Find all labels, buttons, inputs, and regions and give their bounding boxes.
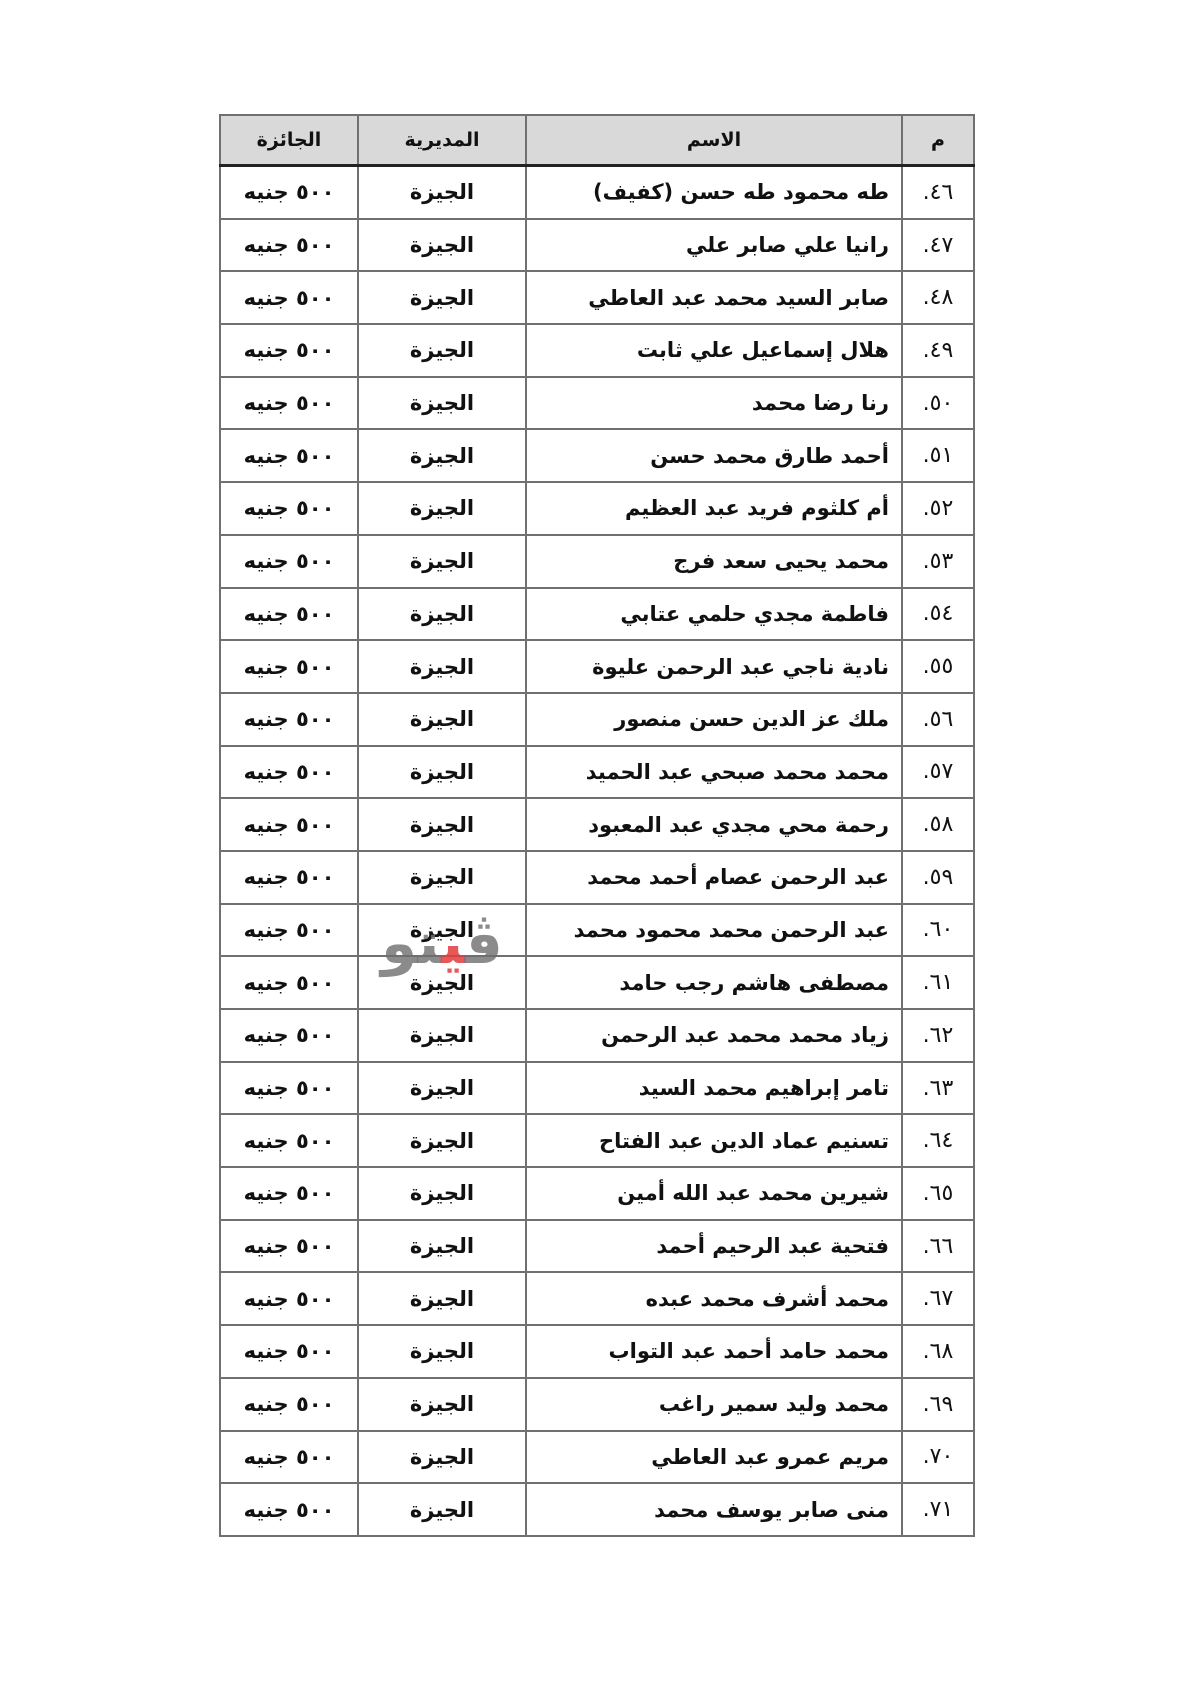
- table-row: ٥٠.رنا رضا محمدالجيزة٥٠٠ جنيه: [220, 377, 974, 430]
- row-index: ٥٩.: [902, 851, 974, 904]
- row-name: فتحية عبد الرحيم أحمد: [526, 1220, 902, 1273]
- row-directorate: الجيزة: [358, 1167, 526, 1220]
- row-directorate: الجيزة: [358, 904, 526, 957]
- table-row: ٥٢.أم كلثوم فريد عبد العظيمالجيزة٥٠٠ جني…: [220, 482, 974, 535]
- row-index: ٥٧.: [902, 746, 974, 799]
- row-index: ٥٨.: [902, 798, 974, 851]
- table-row: ٧١.منى صابر يوسف محمدالجيزة٥٠٠ جنيه: [220, 1483, 974, 1536]
- row-directorate: الجيزة: [358, 640, 526, 693]
- row-name: محمد يحيى سعد فرج: [526, 535, 902, 588]
- row-directorate: الجيزة: [358, 746, 526, 799]
- table-row: ٦٩.محمد وليد سمير راغبالجيزة٥٠٠ جنيه: [220, 1378, 974, 1431]
- row-prize: ٥٠٠ جنيه: [220, 482, 358, 535]
- row-index: ٦٢.: [902, 1009, 974, 1062]
- table-row: ٥٦.ملك عز الدين حسن منصورالجيزة٥٠٠ جنيه: [220, 693, 974, 746]
- row-prize: ٥٠٠ جنيه: [220, 904, 358, 957]
- row-name: عبد الرحمن عصام أحمد محمد: [526, 851, 902, 904]
- table-row: ٤٨.صابر السيد محمد عبد العاطيالجيزة٥٠٠ ج…: [220, 271, 974, 324]
- document-page: م الاسم المديرية الجائزة ٤٦.طه محمود طه …: [0, 0, 1191, 1685]
- row-prize: ٥٠٠ جنيه: [220, 1272, 358, 1325]
- table-row: ٥٥.نادية ناجي عبد الرحمن عليوةالجيزة٥٠٠ …: [220, 640, 974, 693]
- row-prize: ٥٠٠ جنيه: [220, 219, 358, 272]
- row-name: ملك عز الدين حسن منصور: [526, 693, 902, 746]
- table-body: ٤٦.طه محمود طه حسن (كفيف)الجيزة٥٠٠ جنيه٤…: [220, 166, 974, 1536]
- row-index: ٦٧.: [902, 1272, 974, 1325]
- row-index: ٤٩.: [902, 324, 974, 377]
- row-name: مصطفى هاشم رجب حامد: [526, 956, 902, 1009]
- row-name: محمد أشرف محمد عبده: [526, 1272, 902, 1325]
- row-directorate: الجيزة: [358, 166, 526, 219]
- row-directorate: الجيزة: [358, 1483, 526, 1536]
- row-name: رنا رضا محمد: [526, 377, 902, 430]
- table-row: ٥٩.عبد الرحمن عصام أحمد محمدالجيزة٥٠٠ جن…: [220, 851, 974, 904]
- header-name: الاسم: [526, 115, 902, 166]
- row-directorate: الجيزة: [358, 324, 526, 377]
- winners-table: م الاسم المديرية الجائزة ٤٦.طه محمود طه …: [219, 114, 975, 1537]
- row-index: ٤٧.: [902, 219, 974, 272]
- table-row: ٥٣.محمد يحيى سعد فرجالجيزة٥٠٠ جنيه: [220, 535, 974, 588]
- row-directorate: الجيزة: [358, 1272, 526, 1325]
- row-name: تسنيم عماد الدين عبد الفتاح: [526, 1114, 902, 1167]
- row-index: ٥٥.: [902, 640, 974, 693]
- table-row: ٦٧.محمد أشرف محمد عبدهالجيزة٥٠٠ جنيه: [220, 1272, 974, 1325]
- row-prize: ٥٠٠ جنيه: [220, 1009, 358, 1062]
- row-index: ٦٥.: [902, 1167, 974, 1220]
- row-directorate: الجيزة: [358, 1062, 526, 1115]
- row-name: تامر إبراهيم محمد السيد: [526, 1062, 902, 1115]
- row-prize: ٥٠٠ جنيه: [220, 1220, 358, 1273]
- row-index: ٥١.: [902, 429, 974, 482]
- row-directorate: الجيزة: [358, 271, 526, 324]
- row-index: ٧٠.: [902, 1431, 974, 1484]
- table-row: ٦١.مصطفى هاشم رجب حامدالجيزة٥٠٠ جنيه: [220, 956, 974, 1009]
- row-directorate: الجيزة: [358, 1325, 526, 1378]
- row-directorate: الجيزة: [358, 1378, 526, 1431]
- row-directorate: الجيزة: [358, 377, 526, 430]
- row-index: ٤٨.: [902, 271, 974, 324]
- row-name: رحمة محي مجدي عبد المعبود: [526, 798, 902, 851]
- row-prize: ٥٠٠ جنيه: [220, 1431, 358, 1484]
- row-index: ٥٦.: [902, 693, 974, 746]
- row-index: ٦٨.: [902, 1325, 974, 1378]
- row-index: ٦٦.: [902, 1220, 974, 1273]
- table-row: ٦٠.عبد الرحمن محمد محمود محمدالجيزة٥٠٠ ج…: [220, 904, 974, 957]
- row-directorate: الجيزة: [358, 429, 526, 482]
- row-directorate: الجيزة: [358, 1220, 526, 1273]
- row-prize: ٥٠٠ جنيه: [220, 798, 358, 851]
- row-name: رانيا علي صابر علي: [526, 219, 902, 272]
- row-name: محمد محمد صبحي عبد الحميد: [526, 746, 902, 799]
- row-index: ٦٣.: [902, 1062, 974, 1115]
- row-directorate: الجيزة: [358, 1009, 526, 1062]
- table-row: ٦٨.محمد حامد أحمد عبد التوابالجيزة٥٠٠ جن…: [220, 1325, 974, 1378]
- row-prize: ٥٠٠ جنيه: [220, 1378, 358, 1431]
- row-prize: ٥٠٠ جنيه: [220, 1167, 358, 1220]
- row-name: طه محمود طه حسن (كفيف): [526, 166, 902, 219]
- header-prize: الجائزة: [220, 115, 358, 166]
- row-prize: ٥٠٠ جنيه: [220, 1325, 358, 1378]
- row-prize: ٥٠٠ جنيه: [220, 1114, 358, 1167]
- row-index: ٥٣.: [902, 535, 974, 588]
- row-prize: ٥٠٠ جنيه: [220, 271, 358, 324]
- row-prize: ٥٠٠ جنيه: [220, 746, 358, 799]
- row-directorate: الجيزة: [358, 798, 526, 851]
- row-prize: ٥٠٠ جنيه: [220, 377, 358, 430]
- row-prize: ٥٠٠ جنيه: [220, 640, 358, 693]
- row-name: أم كلثوم فريد عبد العظيم: [526, 482, 902, 535]
- table-row: ٦٢.زياد محمد محمد عبد الرحمنالجيزة٥٠٠ جن…: [220, 1009, 974, 1062]
- row-prize: ٥٠٠ جنيه: [220, 1483, 358, 1536]
- row-directorate: الجيزة: [358, 482, 526, 535]
- table-row: ٧٠.مريم عمرو عبد العاطيالجيزة٥٠٠ جنيه: [220, 1431, 974, 1484]
- row-name: هلال إسماعيل علي ثابت: [526, 324, 902, 377]
- table-row: ٦٤.تسنيم عماد الدين عبد الفتاحالجيزة٥٠٠ …: [220, 1114, 974, 1167]
- row-name: مريم عمرو عبد العاطي: [526, 1431, 902, 1484]
- row-directorate: الجيزة: [358, 1114, 526, 1167]
- row-index: ٥٠.: [902, 377, 974, 430]
- table-row: ٤٧.رانيا علي صابر عليالجيزة٥٠٠ جنيه: [220, 219, 974, 272]
- table-row: ٥١.أحمد طارق محمد حسنالجيزة٥٠٠ جنيه: [220, 429, 974, 482]
- table-row: ٦٣.تامر إبراهيم محمد السيدالجيزة٥٠٠ جنيه: [220, 1062, 974, 1115]
- row-directorate: الجيزة: [358, 219, 526, 272]
- row-directorate: الجيزة: [358, 851, 526, 904]
- row-directorate: الجيزة: [358, 956, 526, 1009]
- row-directorate: الجيزة: [358, 588, 526, 641]
- table-row: ٦٦.فتحية عبد الرحيم أحمدالجيزة٥٠٠ جنيه: [220, 1220, 974, 1273]
- table-row: ٥٨.رحمة محي مجدي عبد المعبودالجيزة٥٠٠ جن…: [220, 798, 974, 851]
- row-index: ٦١.: [902, 956, 974, 1009]
- row-prize: ٥٠٠ جنيه: [220, 956, 358, 1009]
- row-name: محمد وليد سمير راغب: [526, 1378, 902, 1431]
- row-prize: ٥٠٠ جنيه: [220, 588, 358, 641]
- row-index: ٦٠.: [902, 904, 974, 957]
- table-row: ٥٤.فاطمة مجدي حلمي عتابيالجيزة٥٠٠ جنيه: [220, 588, 974, 641]
- table-row: ٤٩.هلال إسماعيل علي ثابتالجيزة٥٠٠ جنيه: [220, 324, 974, 377]
- row-prize: ٥٠٠ جنيه: [220, 324, 358, 377]
- row-directorate: الجيزة: [358, 693, 526, 746]
- row-name: عبد الرحمن محمد محمود محمد: [526, 904, 902, 957]
- table-row: ٦٥.شيرين محمد عبد الله أمينالجيزة٥٠٠ جني…: [220, 1167, 974, 1220]
- row-name: أحمد طارق محمد حسن: [526, 429, 902, 482]
- header-index: م: [902, 115, 974, 166]
- row-prize: ٥٠٠ جنيه: [220, 166, 358, 219]
- table-row: ٤٦.طه محمود طه حسن (كفيف)الجيزة٥٠٠ جنيه: [220, 166, 974, 219]
- row-prize: ٥٠٠ جنيه: [220, 851, 358, 904]
- row-index: ٦٩.: [902, 1378, 974, 1431]
- row-index: ٥٤.: [902, 588, 974, 641]
- row-prize: ٥٠٠ جنيه: [220, 693, 358, 746]
- row-directorate: الجيزة: [358, 1431, 526, 1484]
- row-directorate: الجيزة: [358, 535, 526, 588]
- row-index: ٤٦.: [902, 166, 974, 219]
- row-index: ٦٤.: [902, 1114, 974, 1167]
- row-name: فاطمة مجدي حلمي عتابي: [526, 588, 902, 641]
- row-name: صابر السيد محمد عبد العاطي: [526, 271, 902, 324]
- row-prize: ٥٠٠ جنيه: [220, 429, 358, 482]
- table-row: ٥٧.محمد محمد صبحي عبد الحميدالجيزة٥٠٠ جن…: [220, 746, 974, 799]
- row-name: نادية ناجي عبد الرحمن عليوة: [526, 640, 902, 693]
- row-name: محمد حامد أحمد عبد التواب: [526, 1325, 902, 1378]
- header-directorate: المديرية: [358, 115, 526, 166]
- row-index: ٧١.: [902, 1483, 974, 1536]
- row-index: ٥٢.: [902, 482, 974, 535]
- table-header-row: م الاسم المديرية الجائزة: [220, 115, 974, 166]
- row-name: زياد محمد محمد عبد الرحمن: [526, 1009, 902, 1062]
- row-prize: ٥٠٠ جنيه: [220, 1062, 358, 1115]
- row-name: منى صابر يوسف محمد: [526, 1483, 902, 1536]
- row-name: شيرين محمد عبد الله أمين: [526, 1167, 902, 1220]
- row-prize: ٥٠٠ جنيه: [220, 535, 358, 588]
